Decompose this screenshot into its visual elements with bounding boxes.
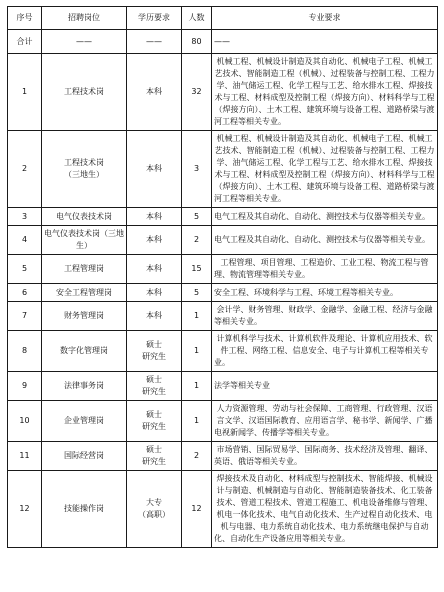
table-row: 5工程管理岗本科15工程管理、项目管理、工程造价、工业工程、物流工程与管理、物流… [8, 255, 438, 284]
pos-cell: —— [42, 30, 127, 54]
num-cell: 3 [182, 131, 212, 208]
major-cell: 机械工程、机械设计制造及其自动化、机械电子工程、机械工艺技术、智能制造工程（机械… [212, 131, 438, 208]
num-cell: 12 [182, 471, 212, 548]
major-cell: 机械工程、机械设计制造及其自动化、机械电子工程、机械工艺技术、智能制造工程（机械… [212, 54, 438, 131]
table-body: 合计————80——1工程技术岗本科32机械工程、机械设计制造及其自动化、机械电… [8, 30, 438, 548]
num-cell: 1 [182, 372, 212, 401]
column-header-major: 专业要求 [212, 7, 438, 30]
seq-cell: 8 [8, 331, 42, 372]
pos-cell: 电气仪表技术岗 [42, 208, 127, 226]
seq-cell: 2 [8, 131, 42, 208]
major-cell: 法学等相关专业 [212, 372, 438, 401]
pos-cell: 财务管理岗 [42, 302, 127, 331]
edu-cell: 本科 [127, 302, 182, 331]
edu-cell: 硕士 研究生 [127, 401, 182, 442]
edu-cell: 本科 [127, 131, 182, 208]
pos-cell: 工程技术岗 [42, 54, 127, 131]
table-row: 8数字化管理岗硕士 研究生1计算机科学与技术、计算机软件及理论、计算机应用技术、… [8, 331, 438, 372]
seq-cell: 11 [8, 442, 42, 471]
column-header-seq: 序号 [8, 7, 42, 30]
num-cell: 1 [182, 331, 212, 372]
num-cell: 2 [182, 442, 212, 471]
summary-row: 合计————80—— [8, 30, 438, 54]
seq-cell: 6 [8, 284, 42, 302]
seq-cell: 12 [8, 471, 42, 548]
edu-cell: 硕士 研究生 [127, 442, 182, 471]
edu-cell: 本科 [127, 255, 182, 284]
num-cell: 1 [182, 401, 212, 442]
seq-cell: 1 [8, 54, 42, 131]
num-cell: 5 [182, 284, 212, 302]
num-cell: 5 [182, 208, 212, 226]
num-cell: 1 [182, 302, 212, 331]
edu-cell: 本科 [127, 208, 182, 226]
pos-cell: 工程管理岗 [42, 255, 127, 284]
edu-cell: 硕士 研究生 [127, 372, 182, 401]
pos-cell: 安全工程管理岗 [42, 284, 127, 302]
major-cell: —— [212, 30, 438, 54]
edu-cell: —— [127, 30, 182, 54]
pos-cell: 工程技术岗 （三地生） [42, 131, 127, 208]
seq-cell: 7 [8, 302, 42, 331]
major-cell: 焊接技术及自动化、材料成型与控制技术、智能焊接、机械设计与制造、机械制造与自动化… [212, 471, 438, 548]
pos-cell: 电气仪表技术岗（三地生） [42, 226, 127, 255]
table-row: 12技能操作岗大专 （高职）12焊接技术及自动化、材料成型与控制技术、智能焊接、… [8, 471, 438, 548]
major-cell: 工程管理、项目管理、工程造价、工业工程、物流工程与管理、物流管理等相关专业。 [212, 255, 438, 284]
major-cell: 电气工程及其自动化、自动化、测控技术与仪器等相关专业。 [212, 226, 438, 255]
edu-cell: 大专 （高职） [127, 471, 182, 548]
seq-cell: 3 [8, 208, 42, 226]
table-row: 7财务管理岗本科1会计学、财务管理、财政学、金融学、金融工程、经济与金融等相关专… [8, 302, 438, 331]
num-cell: 80 [182, 30, 212, 54]
major-cell: 电气工程及其自动化、自动化、测控技术与仪器等相关专业。 [212, 208, 438, 226]
table-header: 序号招聘岗位学历要求人数专业要求 [8, 7, 438, 30]
pos-cell: 数字化管理岗 [42, 331, 127, 372]
major-cell: 人力资源管理、劳动与社会保障、工商管理、行政管理、汉语言文学、汉语国际教育、应用… [212, 401, 438, 442]
pos-cell: 法律事务岗 [42, 372, 127, 401]
table-row: 2工程技术岗 （三地生）本科3机械工程、机械设计制造及其自动化、机械电子工程、机… [8, 131, 438, 208]
table-row: 10企业管理岗硕士 研究生1人力资源管理、劳动与社会保障、工商管理、行政管理、汉… [8, 401, 438, 442]
column-header-num: 人数 [182, 7, 212, 30]
seq-cell: 5 [8, 255, 42, 284]
seq-cell: 9 [8, 372, 42, 401]
num-cell: 2 [182, 226, 212, 255]
major-cell: 安全工程、环境科学与工程、环境工程等相关专业。 [212, 284, 438, 302]
table-row: 6安全工程管理岗本科5安全工程、环境科学与工程、环境工程等相关专业。 [8, 284, 438, 302]
major-cell: 市场营销、国际贸易学、国际商务、技术经济及管理、翻译、英语、俄语等相关专业。 [212, 442, 438, 471]
edu-cell: 本科 [127, 226, 182, 255]
num-cell: 15 [182, 255, 212, 284]
header-row: 序号招聘岗位学历要求人数专业要求 [8, 7, 438, 30]
pos-cell: 技能操作岗 [42, 471, 127, 548]
column-header-pos: 招聘岗位 [42, 7, 127, 30]
major-cell: 会计学、财务管理、财政学、金融学、金融工程、经济与金融等相关专业。 [212, 302, 438, 331]
table-row: 4电气仪表技术岗（三地生）本科2电气工程及其自动化、自动化、测控技术与仪器等相关… [8, 226, 438, 255]
edu-cell: 本科 [127, 284, 182, 302]
table-row: 9法律事务岗硕士 研究生1法学等相关专业 [8, 372, 438, 401]
num-cell: 32 [182, 54, 212, 131]
seq-cell: 合计 [8, 30, 42, 54]
major-cell: 计算机科学与技术、计算机软件及理论、计算机应用技术、软件工程、网络工程、信息安全… [212, 331, 438, 372]
table-row: 3电气仪表技术岗本科5电气工程及其自动化、自动化、测控技术与仪器等相关专业。 [8, 208, 438, 226]
column-header-edu: 学历要求 [127, 7, 182, 30]
edu-cell: 硕士 研究生 [127, 331, 182, 372]
seq-cell: 10 [8, 401, 42, 442]
recruitment-table: 序号招聘岗位学历要求人数专业要求 合计————80——1工程技术岗本科32机械工… [7, 6, 438, 548]
document-page: 序号招聘岗位学历要求人数专业要求 合计————80——1工程技术岗本科32机械工… [0, 0, 444, 592]
table-row: 11国际经营岗硕士 研究生2市场营销、国际贸易学、国际商务、技术经济及管理、翻译… [8, 442, 438, 471]
pos-cell: 国际经营岗 [42, 442, 127, 471]
edu-cell: 本科 [127, 54, 182, 131]
seq-cell: 4 [8, 226, 42, 255]
table-row: 1工程技术岗本科32机械工程、机械设计制造及其自动化、机械电子工程、机械工艺技术… [8, 54, 438, 131]
pos-cell: 企业管理岗 [42, 401, 127, 442]
